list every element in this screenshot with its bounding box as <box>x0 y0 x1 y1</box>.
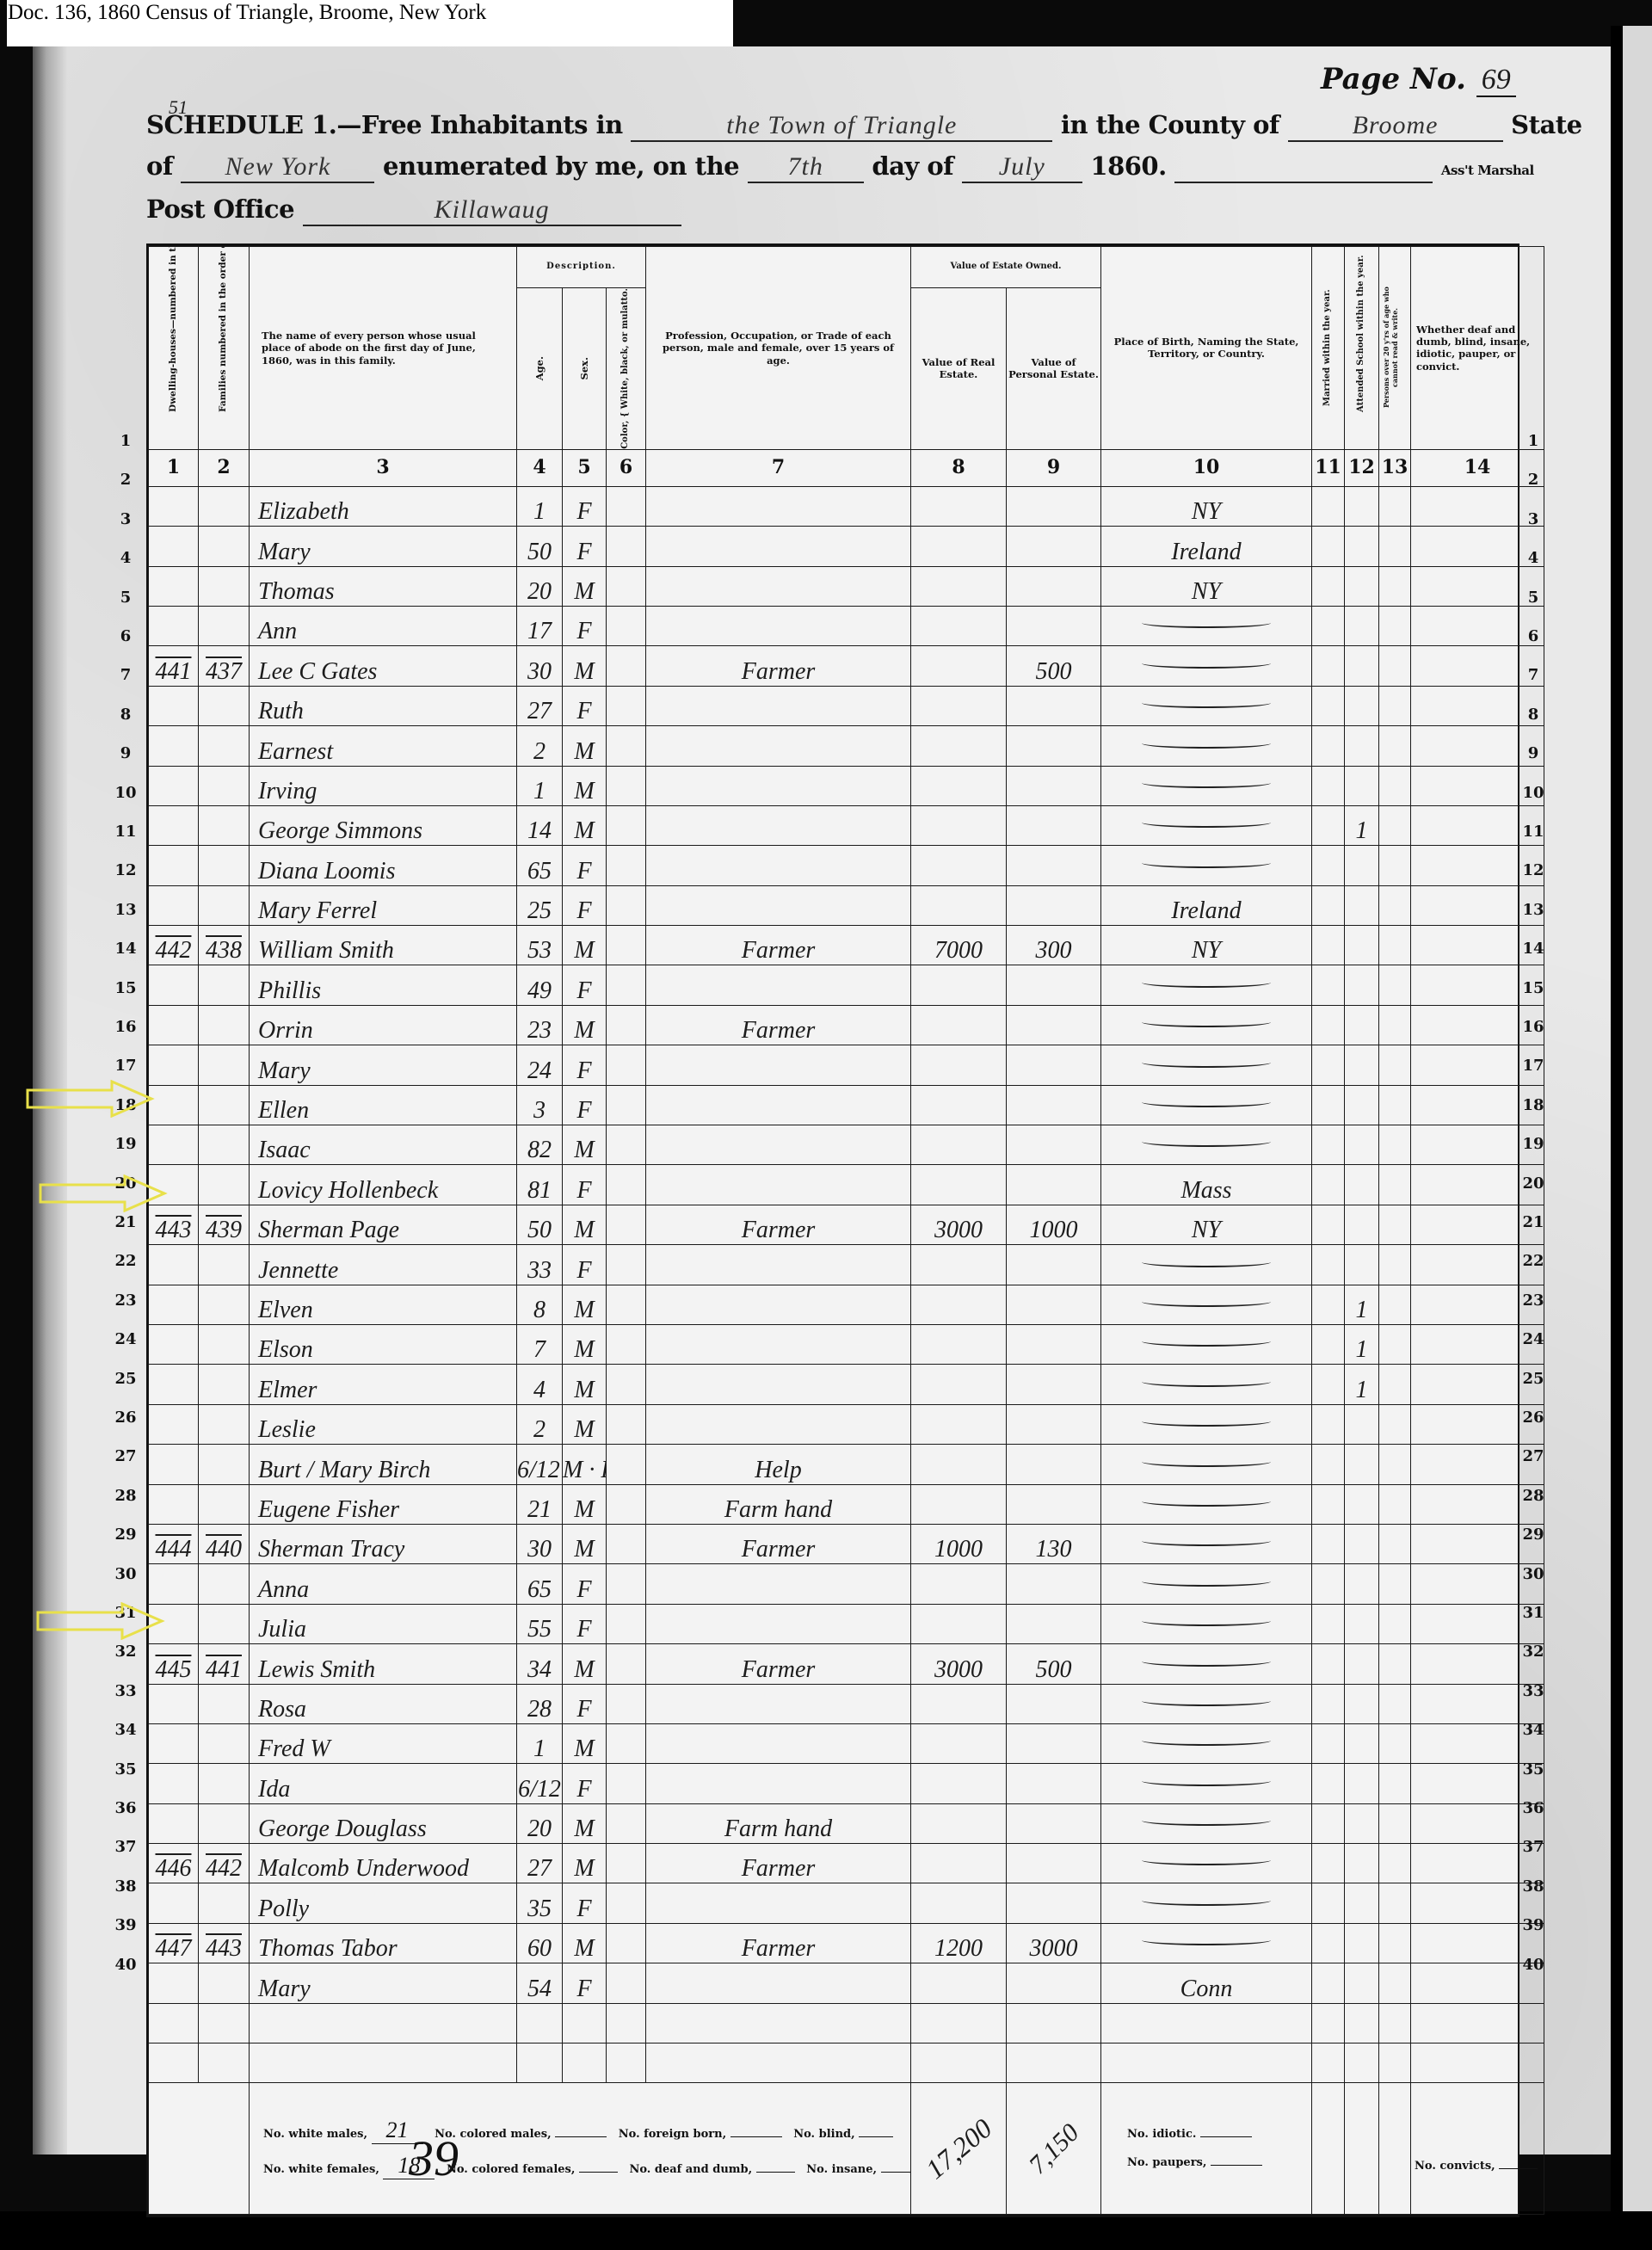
sex-cell: M <box>563 726 607 766</box>
real-estate-value-cell <box>911 1803 1007 1843</box>
family-number-cell <box>199 1564 250 1604</box>
person-name-cell: Lovicy Hollenbeck <box>250 1165 517 1205</box>
occupation-cell: Farmer <box>646 1644 911 1684</box>
ditto-mark <box>1142 1097 1271 1107</box>
cannot-read-write-cell <box>1379 1764 1411 1803</box>
table-row: Ellen3F <box>149 1085 1544 1125</box>
row-number: 9 <box>1516 744 1550 762</box>
ditto-mark <box>1142 1696 1271 1706</box>
married-cell <box>1312 686 1345 725</box>
occupation-cell <box>646 1365 911 1404</box>
person-name-cell: Ellen <box>250 1085 517 1125</box>
cannot-read-write-cell <box>1379 726 1411 766</box>
dwelling-number-cell <box>149 686 199 725</box>
occupation-cell <box>646 1723 911 1763</box>
personal-estate-value-cell: 500 <box>1007 646 1101 686</box>
personal-estate-value-cell <box>1007 1764 1101 1803</box>
attended-school-cell <box>1345 846 1379 885</box>
married-cell <box>1312 1404 1345 1444</box>
row-number: 15 <box>108 979 143 997</box>
age-cell: 30 <box>517 1524 563 1563</box>
birthplace-cell <box>1101 1484 1312 1524</box>
married-cell <box>1312 1644 1345 1684</box>
birthplace-cell <box>1101 1764 1312 1803</box>
person-name-cell: Jennette <box>250 1245 517 1285</box>
dwelling-number-cell <box>149 1803 199 1843</box>
sex-cell <box>563 2003 607 2043</box>
color-cell <box>607 527 646 566</box>
table-row <box>149 2043 1544 2083</box>
personal-estate-value-cell <box>1007 1365 1101 1404</box>
attended-school-cell <box>1345 1085 1379 1125</box>
personal-estate-value-cell <box>1007 686 1101 725</box>
ditto-mark <box>1142 778 1271 788</box>
row-number: 25 <box>1516 1370 1550 1388</box>
sex-cell: F <box>563 686 607 725</box>
real-estate-value-cell <box>911 1125 1007 1165</box>
dwelling-number-cell <box>149 2043 199 2083</box>
row-number: 8 <box>1516 706 1550 724</box>
married-cell <box>1312 1684 1345 1723</box>
occupation-cell: Farmer <box>646 1923 911 1963</box>
row-number: 2 <box>1516 471 1550 489</box>
cannot-read-write-cell <box>1379 926 1411 965</box>
occupation-cell <box>646 1404 911 1444</box>
cannot-read-write-cell <box>1379 1324 1411 1364</box>
person-name-cell: Lee C Gates <box>250 646 517 686</box>
family-number-cell <box>199 766 250 805</box>
birthplace-cell <box>1101 1524 1312 1563</box>
color-cell <box>607 1484 646 1524</box>
married-cell <box>1312 1324 1345 1364</box>
row-number: 34 <box>1516 1721 1550 1739</box>
sex-cell: F <box>563 486 607 526</box>
row-number: 32 <box>1516 1643 1550 1661</box>
row-number: 11 <box>1516 823 1550 841</box>
family-number-cell <box>199 1324 250 1364</box>
real-estate-value-cell <box>911 1005 1007 1045</box>
cannot-read-write-cell <box>1379 1205 1411 1244</box>
occupation-cell <box>646 726 911 766</box>
cannot-read-write-cell <box>1379 1524 1411 1563</box>
sex-cell: M <box>563 1005 607 1045</box>
married-cell <box>1312 1365 1345 1404</box>
attended-school-cell <box>1345 726 1379 766</box>
ditto-mark <box>1142 1257 1271 1267</box>
row-number: 8 <box>108 706 143 724</box>
personal-estate-value-cell <box>1007 1125 1101 1165</box>
row-number: 10 <box>1516 784 1550 802</box>
married-cell <box>1312 1923 1345 1963</box>
age-cell: 2 <box>517 1404 563 1444</box>
occupation-cell <box>646 1883 911 1923</box>
age-cell: 33 <box>517 1245 563 1285</box>
ditto-mark <box>1142 1416 1271 1427</box>
row-number: 22 <box>108 1252 143 1270</box>
real-estate-value-cell <box>911 766 1007 805</box>
dwelling-number-cell: 445 <box>149 1644 199 1684</box>
person-name-cell: Anna <box>250 1564 517 1604</box>
age-cell: 81 <box>517 1165 563 1205</box>
cannot-read-write-cell <box>1379 1844 1411 1883</box>
person-name-cell: Ida <box>250 1764 517 1803</box>
table-row: 443439Sherman Page50MFarmer30001000NY <box>149 1205 1544 1244</box>
row-number: 3 <box>108 510 143 528</box>
person-name-cell: William Smith <box>250 926 517 965</box>
color-cell <box>607 646 646 686</box>
cannot-read-write-cell <box>1379 805 1411 845</box>
real-estate-value-cell <box>911 1963 1007 2003</box>
family-number-cell <box>199 805 250 845</box>
ditto-mark <box>1142 1297 1271 1307</box>
age-cell: 34 <box>517 1644 563 1684</box>
married-cell <box>1312 1883 1345 1923</box>
sex-cell: M <box>563 1803 607 1843</box>
real-estate-value-cell <box>911 1404 1007 1444</box>
binding-bar <box>1611 26 1623 2228</box>
real-estate-value-cell <box>911 1564 1007 1604</box>
birthplace-cell: NY <box>1101 926 1312 965</box>
birthplace-cell <box>1101 646 1312 686</box>
header-line-1: SCHEDULE 1.—Free Inhabitants in the Town… <box>146 110 1582 142</box>
attended-school-cell <box>1345 527 1379 566</box>
sex-cell: M <box>563 926 607 965</box>
sex-cell: M <box>563 1285 607 1324</box>
occupation-cell: Farmer <box>646 1005 911 1045</box>
birthplace-cell <box>1101 726 1312 766</box>
personal-estate-value-cell: 300 <box>1007 926 1101 965</box>
real-estate-value-cell <box>911 1324 1007 1364</box>
family-number-cell <box>199 1883 250 1923</box>
page-number-label: Page No. <box>1321 62 1466 96</box>
person-name-cell: Elven <box>250 1285 517 1324</box>
sex-cell: F <box>563 1963 607 2003</box>
personal-estate-value-cell <box>1007 566 1101 606</box>
attended-school-cell: 1 <box>1345 805 1379 845</box>
cannot-read-write-cell <box>1379 1285 1411 1324</box>
col-illiterate-header: Persons over 20 y'rs of age who cannot r… <box>1379 247 1411 450</box>
real-estate-value-cell <box>911 2003 1007 2043</box>
attended-school-cell <box>1345 1564 1379 1604</box>
real-estate-value-cell <box>911 1045 1007 1085</box>
dwelling-number-cell <box>149 1324 199 1364</box>
ditto-mark <box>1142 1017 1271 1027</box>
person-name-cell: Irving <box>250 766 517 805</box>
cannot-read-write-cell <box>1379 1803 1411 1843</box>
real-estate-value-cell <box>911 885 1007 925</box>
birthplace-cell <box>1101 1365 1312 1404</box>
color-cell <box>607 1045 646 1085</box>
table-row: 442438William Smith53MFarmer7000300NY <box>149 926 1544 965</box>
row-number: 19 <box>108 1135 143 1153</box>
age-cell <box>517 2003 563 2043</box>
married-cell <box>1312 1803 1345 1843</box>
table-row: Diana Loomis65F <box>149 846 1544 885</box>
ditto-mark <box>1142 817 1271 828</box>
person-name-cell: Rosa <box>250 1684 517 1723</box>
attended-school-cell <box>1345 1445 1379 1484</box>
attended-school-cell <box>1345 1245 1379 1285</box>
person-name-cell: Elson <box>250 1324 517 1364</box>
cannot-read-write-cell <box>1379 1365 1411 1404</box>
occupation-cell <box>646 1165 911 1205</box>
personal-estate-value-cell <box>1007 1005 1101 1045</box>
married-cell <box>1312 965 1345 1005</box>
real-estate-value-cell <box>911 1085 1007 1125</box>
highlight-arrow-icon <box>26 1080 155 1118</box>
dwelling-number-cell: 446 <box>149 1844 199 1883</box>
cannot-read-write-cell <box>1379 686 1411 725</box>
family-number-cell: 443 <box>199 1923 250 1963</box>
family-number-cell <box>199 1005 250 1045</box>
family-number-cell <box>199 1684 250 1723</box>
family-number-cell <box>199 2003 250 2043</box>
attended-school-cell <box>1345 1045 1379 1085</box>
color-cell <box>607 486 646 526</box>
age-cell: 1 <box>517 1723 563 1763</box>
dwelling-number-cell <box>149 846 199 885</box>
person-name-cell <box>250 2003 517 2043</box>
col-num: 5 <box>563 449 607 486</box>
col-birthplace-header: Place of Birth, Naming the State, Territ… <box>1101 247 1312 450</box>
occupation-cell <box>646 1125 911 1165</box>
personal-estate-value-cell <box>1007 606 1101 645</box>
highlight-arrow-icon <box>39 1174 168 1212</box>
personal-estate-value-cell <box>1007 527 1101 566</box>
state-field: New York <box>181 152 374 183</box>
family-number-cell <box>199 1963 250 2003</box>
attended-school-cell <box>1345 1604 1379 1643</box>
dwelling-number-cell <box>149 1883 199 1923</box>
ditto-mark <box>1142 738 1271 749</box>
family-number-cell <box>199 527 250 566</box>
birthplace-cell: Conn <box>1101 1963 1312 2003</box>
family-number-cell: 442 <box>199 1844 250 1883</box>
row-number: 32 <box>108 1643 143 1661</box>
color-cell <box>607 1723 646 1763</box>
dwelling-number-cell <box>149 1723 199 1763</box>
personal-estate-value-cell <box>1007 1165 1101 1205</box>
col-num: 3 <box>250 449 517 486</box>
sex-cell: M <box>563 1923 607 1963</box>
family-number-cell <box>199 1604 250 1643</box>
of-label: of <box>146 151 173 181</box>
row-number: 6 <box>108 627 143 645</box>
person-name-cell: Eugene Fisher <box>250 1484 517 1524</box>
married-cell <box>1312 766 1345 805</box>
dwelling-number-cell <box>149 805 199 845</box>
description-header: Description. <box>517 247 646 288</box>
occupation-cell <box>646 1564 911 1604</box>
ditto-mark <box>1142 1137 1271 1147</box>
sex-cell: F <box>563 1684 607 1723</box>
personal-estate-value-cell <box>1007 1723 1101 1763</box>
sex-cell <box>563 2043 607 2083</box>
age-cell: 35 <box>517 1883 563 1923</box>
row-number: 5 <box>1516 589 1550 607</box>
attended-school-cell <box>1345 885 1379 925</box>
attended-school-cell <box>1345 1844 1379 1883</box>
table-row: Ann17F <box>149 606 1544 645</box>
row-number: 15 <box>1516 979 1550 997</box>
occupation-cell: Farmer <box>646 1524 911 1563</box>
person-name-cell: Ruth <box>250 686 517 725</box>
person-name-cell: Malcomb Underwood <box>250 1844 517 1883</box>
attended-school-cell <box>1345 1205 1379 1244</box>
person-name-cell: Orrin <box>250 1005 517 1045</box>
personal-estate-value-cell: 130 <box>1007 1524 1101 1563</box>
row-number: 14 <box>108 940 143 958</box>
family-number-cell <box>199 726 250 766</box>
row-number: 30 <box>1516 1565 1550 1583</box>
family-number-cell <box>199 486 250 526</box>
sex-cell: F <box>563 1045 607 1085</box>
row-number: 1 <box>1516 432 1550 450</box>
cannot-read-write-cell <box>1379 1644 1411 1684</box>
real-estate-value-cell <box>911 686 1007 725</box>
occupation-cell <box>646 1285 911 1324</box>
row-number: 21 <box>1516 1213 1550 1231</box>
real-estate-value-cell: 1200 <box>911 1923 1007 1963</box>
column-numbers: 1 2 3 4 5 6 7 8 9 10 11 12 13 14 <box>149 449 1544 486</box>
dwelling-number-cell <box>149 766 199 805</box>
sex-cell: F <box>563 1883 607 1923</box>
row-number: 35 <box>1516 1760 1550 1778</box>
cannot-read-write-cell <box>1379 1085 1411 1125</box>
occupation-cell <box>646 2043 911 2083</box>
cannot-read-write-cell <box>1379 2043 1411 2083</box>
person-name-cell: Isaac <box>250 1125 517 1165</box>
table-row: 447443Thomas Tabor60MFarmer12003000 <box>149 1923 1544 1963</box>
row-number: 40 <box>1516 1956 1550 1974</box>
personal-estate-value-cell: 3000 <box>1007 1923 1101 1963</box>
dwelling-number-cell <box>149 965 199 1005</box>
birthplace-cell <box>1101 2003 1312 2043</box>
row-number: 40 <box>108 1956 143 1974</box>
color-cell <box>607 1245 646 1285</box>
birthplace-cell <box>1101 606 1312 645</box>
sex-cell: F <box>563 885 607 925</box>
color-cell <box>607 1684 646 1723</box>
age-cell: 1 <box>517 486 563 526</box>
occupation-cell <box>646 1324 911 1364</box>
month-field: July <box>962 152 1082 183</box>
cannot-read-write-cell <box>1379 1125 1411 1165</box>
county-field: Broome <box>1288 111 1503 142</box>
attended-school-cell <box>1345 1165 1379 1205</box>
dwelling-number-cell <box>149 1365 199 1404</box>
attended-school-cell <box>1345 926 1379 965</box>
col-condition-header: Whether deaf and dumb, blind, insane, id… <box>1411 247 1544 450</box>
person-name-cell: Mary Ferrel <box>250 885 517 925</box>
birthplace-cell <box>1101 1803 1312 1843</box>
col-married-header: Married within the year. <box>1312 247 1345 450</box>
row-number: 26 <box>108 1409 143 1427</box>
cannot-read-write-cell <box>1379 646 1411 686</box>
occupation-cell <box>646 606 911 645</box>
personal-estate-value-cell <box>1007 1285 1101 1324</box>
table-row: Rosa28F <box>149 1684 1544 1723</box>
col-occupation-header: Profession, Occupation, or Trade of each… <box>646 247 911 450</box>
birthplace-cell <box>1101 1564 1312 1604</box>
ditto-mark <box>1142 1896 1271 1906</box>
real-estate-value-cell <box>911 1165 1007 1205</box>
color-cell <box>607 686 646 725</box>
person-name-cell: Thomas Tabor <box>250 1923 517 1963</box>
row-number: 4 <box>1516 549 1550 567</box>
highlight-arrow-icon <box>36 1602 165 1640</box>
birthplace-cell <box>1101 965 1312 1005</box>
table-row: Irving1M <box>149 766 1544 805</box>
married-cell <box>1312 1125 1345 1165</box>
occupation-cell <box>646 527 911 566</box>
paupers-field: No. paupers, <box>1127 2156 1311 2169</box>
sex-cell: F <box>563 1764 607 1803</box>
person-name-cell: Elizabeth <box>250 486 517 526</box>
family-number-cell <box>199 1165 250 1205</box>
col-num: 2 <box>199 449 250 486</box>
row-number: 33 <box>108 1682 143 1700</box>
married-cell <box>1312 805 1345 845</box>
summary-line-1: No. white males, 21 No. colored males, N… <box>263 2117 910 2144</box>
cannot-read-write-cell <box>1379 1923 1411 1963</box>
family-number-cell <box>199 606 250 645</box>
real-estate-value-cell <box>911 1684 1007 1723</box>
family-number-cell <box>199 1484 250 1524</box>
real-estate-value-cell <box>911 1723 1007 1763</box>
row-number: 16 <box>108 1018 143 1036</box>
color-cell <box>607 885 646 925</box>
cannot-read-write-cell <box>1379 1883 1411 1923</box>
dwelling-number-cell <box>149 486 199 526</box>
table-row: Julia55F <box>149 1604 1544 1643</box>
person-name-cell: Lewis Smith <box>250 1644 517 1684</box>
sex-cell: M <box>563 1125 607 1165</box>
row-number: 4 <box>108 549 143 567</box>
row-number: 38 <box>1516 1877 1550 1896</box>
col-school-header: Attended School within the year. <box>1345 247 1379 450</box>
birthplace-cell <box>1101 1125 1312 1165</box>
row-number: 3 <box>1516 510 1550 528</box>
table-row: Mary24F <box>149 1045 1544 1085</box>
dwelling-number-cell <box>149 606 199 645</box>
family-number-cell <box>199 2043 250 2083</box>
binding-strip <box>1623 26 1652 2228</box>
cannot-read-write-cell <box>1379 1005 1411 1045</box>
occupation-cell <box>646 2003 911 2043</box>
row-number: 29 <box>1516 1526 1550 1544</box>
married-cell <box>1312 486 1345 526</box>
married-cell <box>1312 1604 1345 1643</box>
cannot-read-write-cell <box>1379 1045 1411 1085</box>
birthplace-cell <box>1101 846 1312 885</box>
personal-estate-value-cell <box>1007 1883 1101 1923</box>
family-number-cell <box>199 1404 250 1444</box>
personal-estate-value-cell <box>1007 1564 1101 1604</box>
occupation-cell: Farmer <box>646 1205 911 1244</box>
row-number: 36 <box>108 1799 143 1817</box>
occupation-cell <box>646 1604 911 1643</box>
table-row: 441437Lee C Gates30MFarmer500 <box>149 646 1544 686</box>
col-num: 10 <box>1101 449 1312 486</box>
dwelling-number-cell <box>149 1005 199 1045</box>
attended-school-cell <box>1345 1764 1379 1803</box>
age-cell: 27 <box>517 1844 563 1883</box>
personal-estate-value-cell <box>1007 1604 1101 1643</box>
town-field: the Town of Triangle <box>631 111 1052 142</box>
row-number: 34 <box>108 1721 143 1739</box>
cannot-read-write-cell <box>1379 566 1411 606</box>
